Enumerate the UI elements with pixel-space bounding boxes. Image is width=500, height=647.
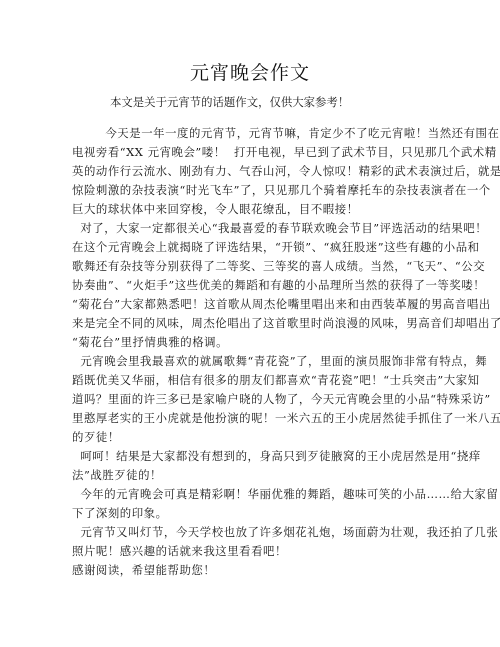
text-line: 在这个元宵晚会上就揭晓了评选结果，“开锁”、“疯狂股迷”这些有趣的小品和 <box>72 238 432 257</box>
essay-body: 今天是一年一度的元宵节，元宵节嘛，肯定少不了吃元宵啦！当然还有围在 电视旁看“X… <box>72 124 432 580</box>
text-line: 下了深刻的印象。 <box>72 504 432 523</box>
text-line: 道吗？里面的许三多已是家喻户晓的人物了，今天元宵晚会里的小品“特殊采访” <box>72 390 432 409</box>
text-line: 照片呢！感兴趣的话就来我这里看看吧！ <box>72 542 432 561</box>
text-line: “菊花台”大家都熟悉吧！这首歌从周杰伦嘴里唱出来和由西装革履的男高音唱出 <box>72 295 432 314</box>
text-line: 来是完全不同的风味，周杰伦唱出了这首歌里时尚浪漫的风味，男高音们却唱出了 <box>72 314 432 333</box>
text-line: 歌舞还有杂技等分别获得了二等奖、三等奖的喜人成绩。当然，“飞天”、“公交 <box>72 257 432 276</box>
text-line: 今天是一年一度的元宵节，元宵节嘛，肯定少不了吃元宵啦！当然还有围在 <box>72 124 432 143</box>
text-line: 元宵晚会里我最喜欢的就属歌舞“青花瓷”了，里面的演员服饰非常有特点，舞 <box>72 352 432 371</box>
text-line: 惊险刺激的杂技表演“时光飞车”了，只见那几个骑着摩托车的杂技表演者在一个 <box>72 181 432 200</box>
text-line: 元宵节又叫灯节，今天学校也放了许多烟花礼炮，场面蔚为壮观，我还拍了几张 <box>72 523 432 542</box>
text-line: 对了，大家一定都很关心“我最喜爱的春节联欢晚会节目”评选活动的结果吧！ <box>72 219 432 238</box>
text-line: 今年的元宵晚会可真是精彩啊！华丽优雅的舞蹈，趣味可笑的小品……给大家留 <box>72 485 432 504</box>
document-page: 元宵晚会作文 本文是关于元宵节的话题作文，仅供大家参考！ 今天是一年一度的元宵节… <box>0 0 500 647</box>
text-line: 巨大的球状体中来回穿梭，令人眼花缭乱，目不暇接！ <box>72 200 432 219</box>
text-line: 英的动作行云流水、刚劲有力、气吞山河，令人惊叹！精彩的武术表演过后，就是 <box>72 162 432 181</box>
text-line: 协奏曲”、“火炬手”这些优美的舞蹈和有趣的小品理所当然的获得了一等奖喽！ <box>72 276 432 295</box>
text-line: 里憨厚老实的王小虎就是他扮演的呢！一米六五的王小虎居然徒手抓住了一米八五 <box>72 409 432 428</box>
text-line: “菊花台”里抒情典雅的格调。 <box>72 333 432 352</box>
text-line: 的歹徒！ <box>72 428 432 447</box>
text-line: 法”战胜歹徒的！ <box>72 466 432 485</box>
text-line: 感谢阅读，希望能帮助您！ <box>72 561 432 580</box>
text-line: 电视旁看“XX 元宵晚会”喽！ 打开电视，早已到了武术节目，只见那几个武术精 <box>72 143 432 162</box>
intro-text: 本文是关于元宵节的话题作文，仅供大家参考！ <box>110 94 349 110</box>
text-line: 蹈既优美又华丽，相信有很多的朋友们都喜欢“青花瓷”吧！“士兵突击”大家知 <box>72 371 432 390</box>
text-line: 呵呵！结果是大家都没有想到的，身高只到歹徒腋窝的王小虎居然是用“挠痒 <box>72 447 432 466</box>
document-title: 元宵晚会作文 <box>0 58 500 85</box>
